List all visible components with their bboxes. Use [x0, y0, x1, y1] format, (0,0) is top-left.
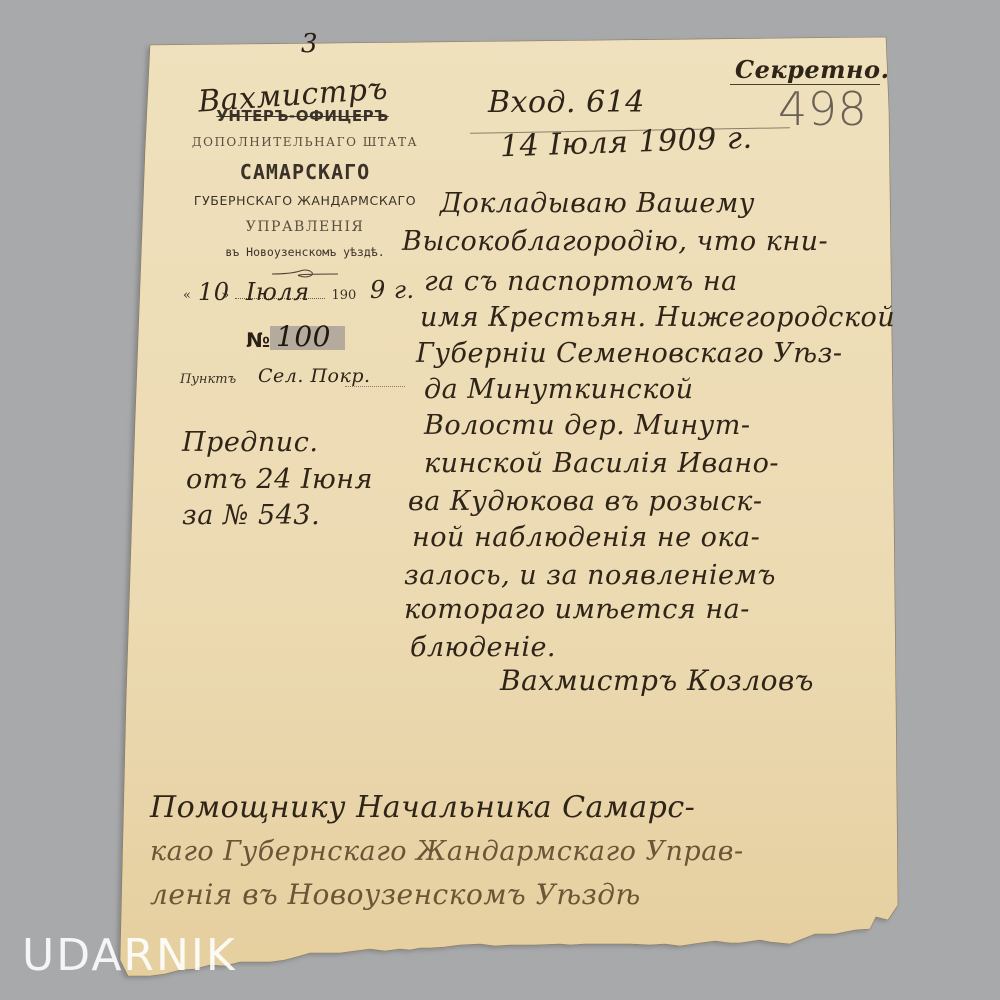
- addressee-line-3: ленія въ Новоузенскомъ Уѣздѣ: [150, 878, 641, 911]
- addressee-line-2: каго Губернскаго Жандармскаго Управ-: [150, 836, 744, 867]
- addressee: Помощнику Начальника Самарс- каго Губерн…: [0, 0, 1000, 1000]
- addressee-line-1: Помощнику Начальника Самарс-: [150, 790, 695, 825]
- document-sheet: 3 Вахмистръ УНТЕРЪ-ОФИЦЕРЪ ДОПОЛНИТЕЛЬНА…: [0, 0, 1000, 1000]
- watermark: UDARNIK: [22, 930, 237, 981]
